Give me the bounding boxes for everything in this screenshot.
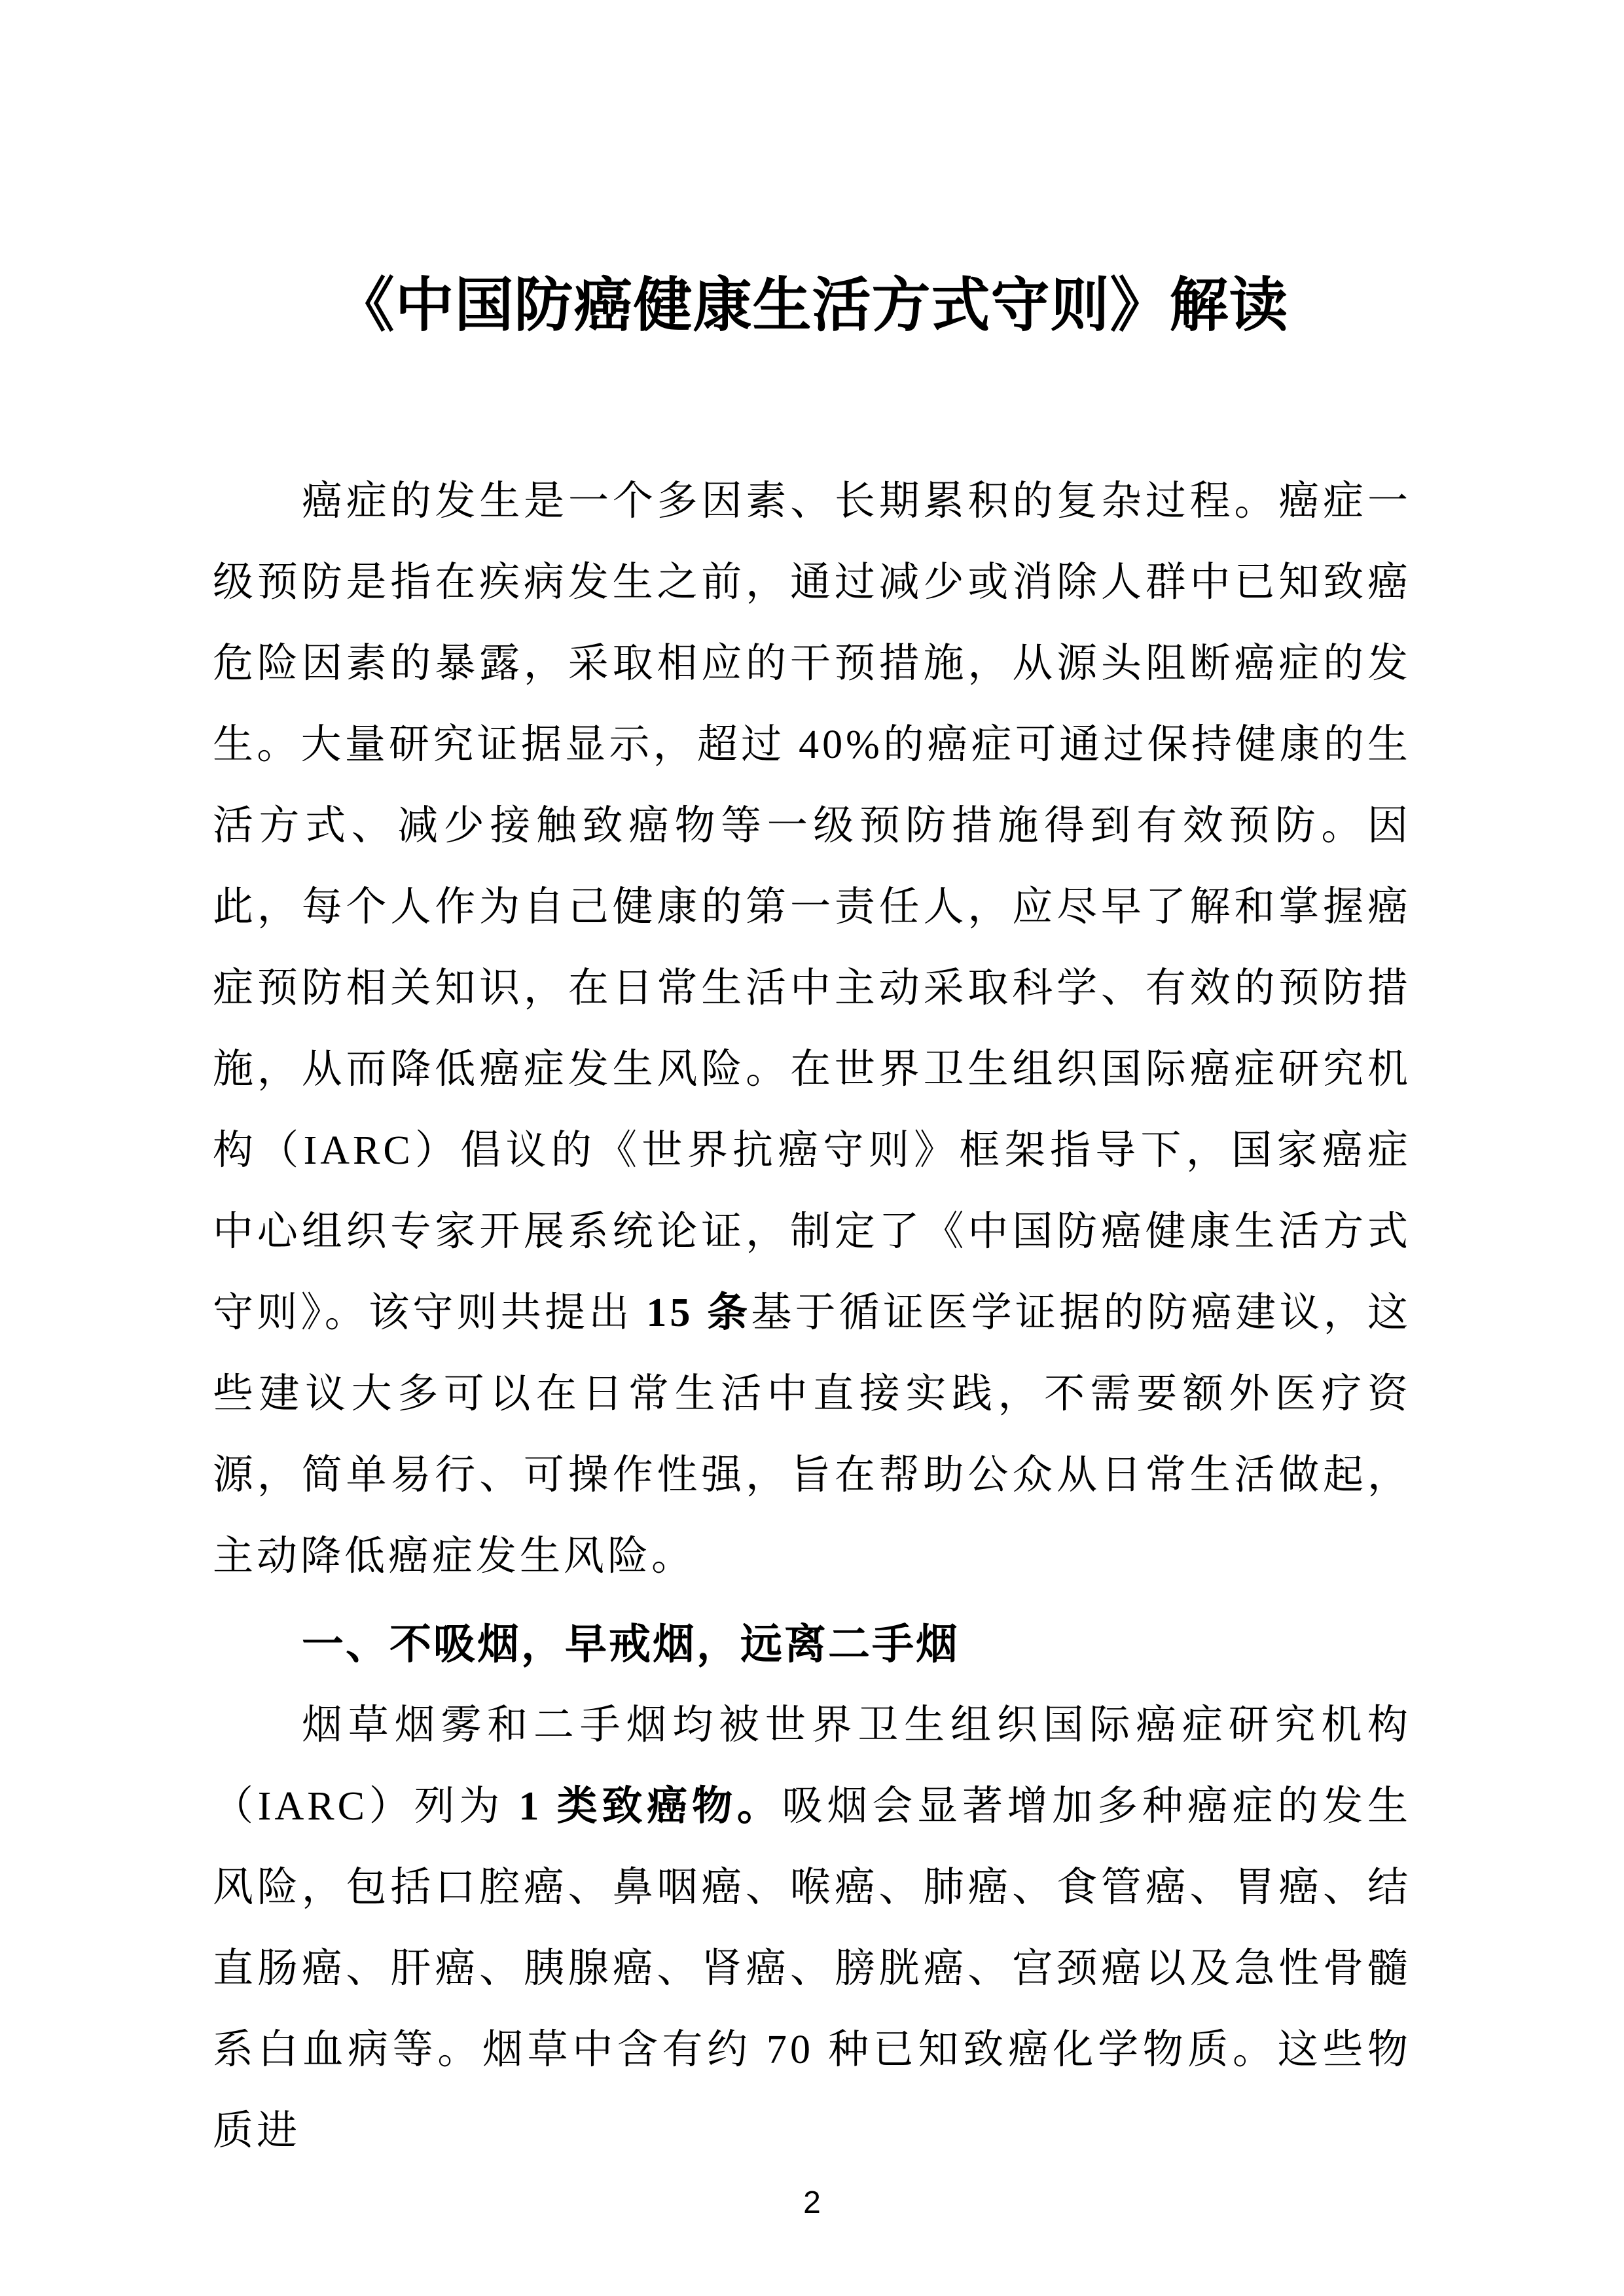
bold-text-run: 15 条 xyxy=(646,1291,751,1335)
document-page: 《中国防癌健康生活方式守则》解读 癌症的发生是一个多因素、长期累积的复杂过程。癌… xyxy=(0,0,1624,2296)
body-paragraph: 癌症的发生是一个多因素、长期累积的复杂过程。癌症一级预防是指在疾病发生之前，通过… xyxy=(213,461,1411,1597)
bold-text-run: 1 类致癌物。 xyxy=(518,1784,782,1829)
bold-text-run: 一、不吸烟，早戒烟，远离二手烟 xyxy=(302,1621,960,1668)
document-title: 《中国防癌健康生活方式守则》解读 xyxy=(0,263,1624,350)
text-run: 吸烟会显著增加多种癌症的发生风险，包括口腔癌、鼻咽癌、喉癌、肺癌、食管癌、胃癌、… xyxy=(213,1784,1411,2153)
text-run: 癌症的发生是一个多因素、长期累积的复杂过程。癌症一级预防是指在疾病发生之前，通过… xyxy=(213,479,1411,1335)
body-paragraph: 烟草烟雾和二手烟均被世界卫生组织国际癌症研究机构（IARC）列为 1 类致癌物。… xyxy=(213,1685,1411,2172)
section-heading: 一、不吸烟，早戒烟，远离二手烟 xyxy=(213,1604,1411,1685)
document-body: 癌症的发生是一个多因素、长期累积的复杂过程。癌症一级预防是指在疾病发生之前，通过… xyxy=(213,461,1411,2172)
page-number: 2 xyxy=(0,2183,1624,2223)
